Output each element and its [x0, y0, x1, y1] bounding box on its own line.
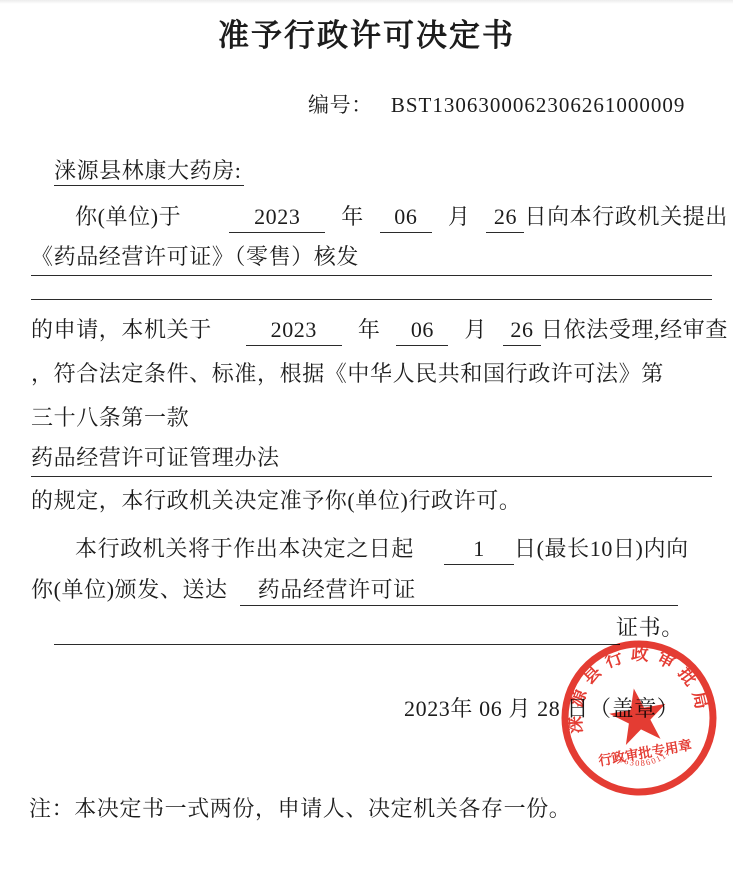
acceptance-line-prefix: 的申请，本机关于 — [31, 317, 212, 342]
delivery-line-suffix: 日(最长10日)内向 — [514, 536, 689, 561]
acceptance-date-line: 的申请，本机关于2023年06月26日依法受理,经审查 — [31, 316, 728, 346]
footnote: 注：本决定书一式两份，申请人、决定机关各存一份。 — [29, 795, 571, 823]
permit-decision-document: 准予行政许可决定书 编号： BST1306300062306261000009 … — [0, 0, 733, 880]
issuance-line: 你(单位)颁发、送达药品经营许可证 — [31, 576, 678, 606]
official-seal: 涞源县行政审批局 行政审批专用章 1306308601171 — [544, 623, 733, 813]
document-title: 准予行政许可决定书 — [0, 10, 733, 55]
decision-line: 的规定，本行政机关决定准予你(单位)行政许可。 — [31, 487, 521, 515]
accept-day-field: 26 — [503, 316, 541, 346]
apply-day-field: 26 — [486, 203, 524, 233]
signature-line — [54, 644, 620, 645]
month-char: 月 — [448, 204, 471, 229]
application-line-suffix: 日向本行政机关提出 — [524, 204, 727, 229]
seal-star-icon — [606, 684, 672, 747]
apply-month-field: 06 — [380, 203, 432, 233]
application-date-line: 你(单位)于2023年06月26日向本行政机关提出 — [75, 203, 728, 233]
document-number-line: 编号： BST1306300062306261000009 — [308, 92, 685, 118]
blank-continuation-line — [31, 299, 712, 300]
license-item-line: 《药品经营许可证》（零售）核发 — [31, 243, 712, 276]
issuance-line-prefix: 你(单位)颁发、送达 — [31, 577, 228, 602]
year-char-2: 年 — [358, 317, 381, 342]
addressee-line: 涞源县林康大药房: — [54, 157, 244, 185]
document-number-label: 编号： — [308, 92, 373, 118]
addressee-name: 涞源县林康大药房: — [54, 158, 244, 186]
delivery-line-prefix: 本行政机关将于作出本决定之日起 — [75, 536, 414, 561]
regulation-line: 药品经营许可证管理办法 — [31, 444, 712, 477]
license-item-text: 《药品经营许可证》（零售）核发 — [31, 244, 359, 269]
accept-month-field: 06 — [396, 316, 448, 346]
legal-basis-line: ，符合法定条件、标准，根据《中华人民共和国行政许可法》第 — [31, 360, 664, 388]
month-char-2: 月 — [464, 317, 487, 342]
year-char: 年 — [341, 204, 364, 229]
delivery-days-field: 1 — [444, 535, 514, 565]
accept-year-field: 2023 — [246, 316, 342, 346]
apply-year-field: 2023 — [229, 203, 325, 233]
top-edge-shade — [0, 0, 733, 4]
application-line-prefix: 你(单位)于 — [75, 204, 181, 229]
issued-license-field: 药品经营许可证 — [240, 576, 678, 606]
legal-clause-line: 三十八条第一款 — [31, 404, 189, 432]
document-number-value: BST1306300062306261000009 — [391, 92, 686, 118]
delivery-period-line: 本行政机关将于作出本决定之日起1日(最长10日)内向 — [75, 535, 689, 565]
regulation-text: 药品经营许可证管理办法 — [31, 445, 280, 470]
acceptance-line-suffix: 日依法受理,经审查 — [541, 317, 728, 342]
